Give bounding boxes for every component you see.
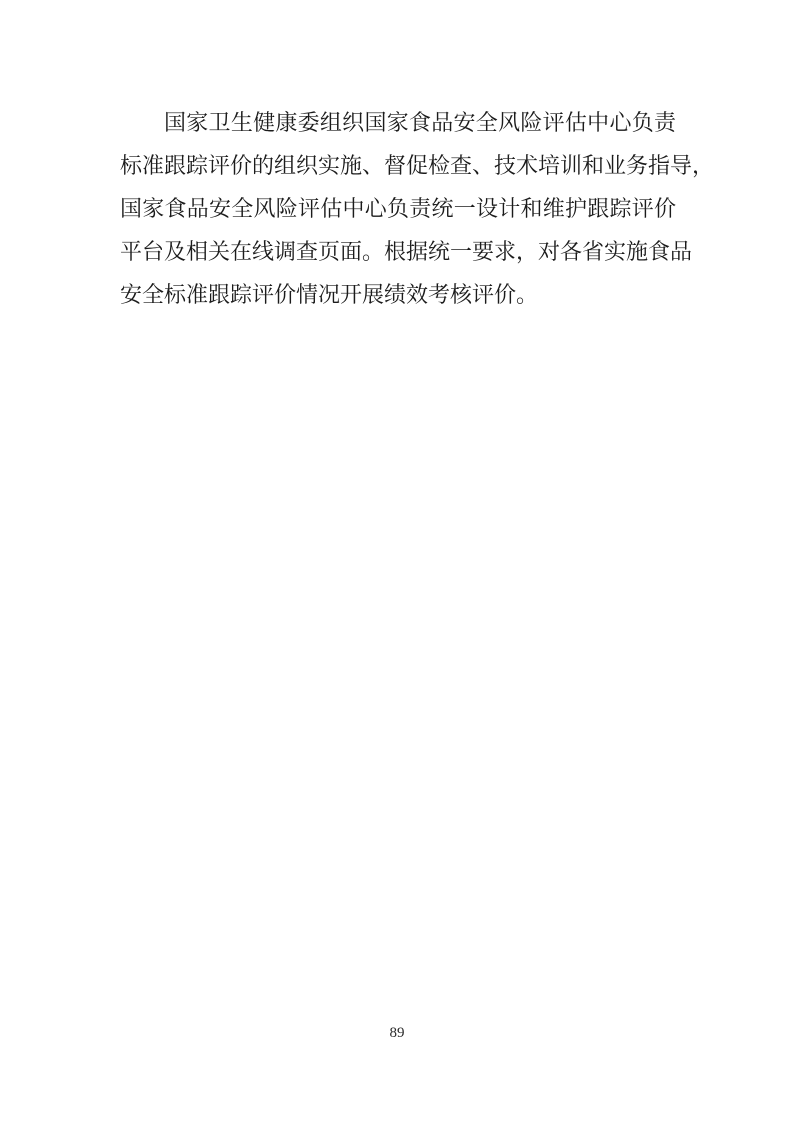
paragraph-line: 安全标准跟踪评价情况开展绩效考核评价。 [120, 273, 676, 316]
paragraph-line: 国家食品安全风险评估中心负责统一设计和维护跟踪评价 [120, 187, 676, 230]
page-number: 89 [0, 1025, 794, 1041]
paragraph-line: 标准跟踪评价的组织实施、督促检查、技术培训和业务指导， [120, 144, 676, 187]
body-paragraph: 国家卫生健康委组织国家食品安全风险评估中心负责 标准跟踪评价的组织实施、督促检查… [120, 101, 676, 316]
paragraph-line: 国家卫生健康委组织国家食品安全风险评估中心负责 [120, 101, 676, 144]
document-page: 国家卫生健康委组织国家食品安全风险评估中心负责 标准跟踪评价的组织实施、督促检查… [0, 0, 794, 1122]
paragraph-line: 平台及相关在线调查页面。根据统一要求，对各省实施食品 [120, 230, 676, 273]
